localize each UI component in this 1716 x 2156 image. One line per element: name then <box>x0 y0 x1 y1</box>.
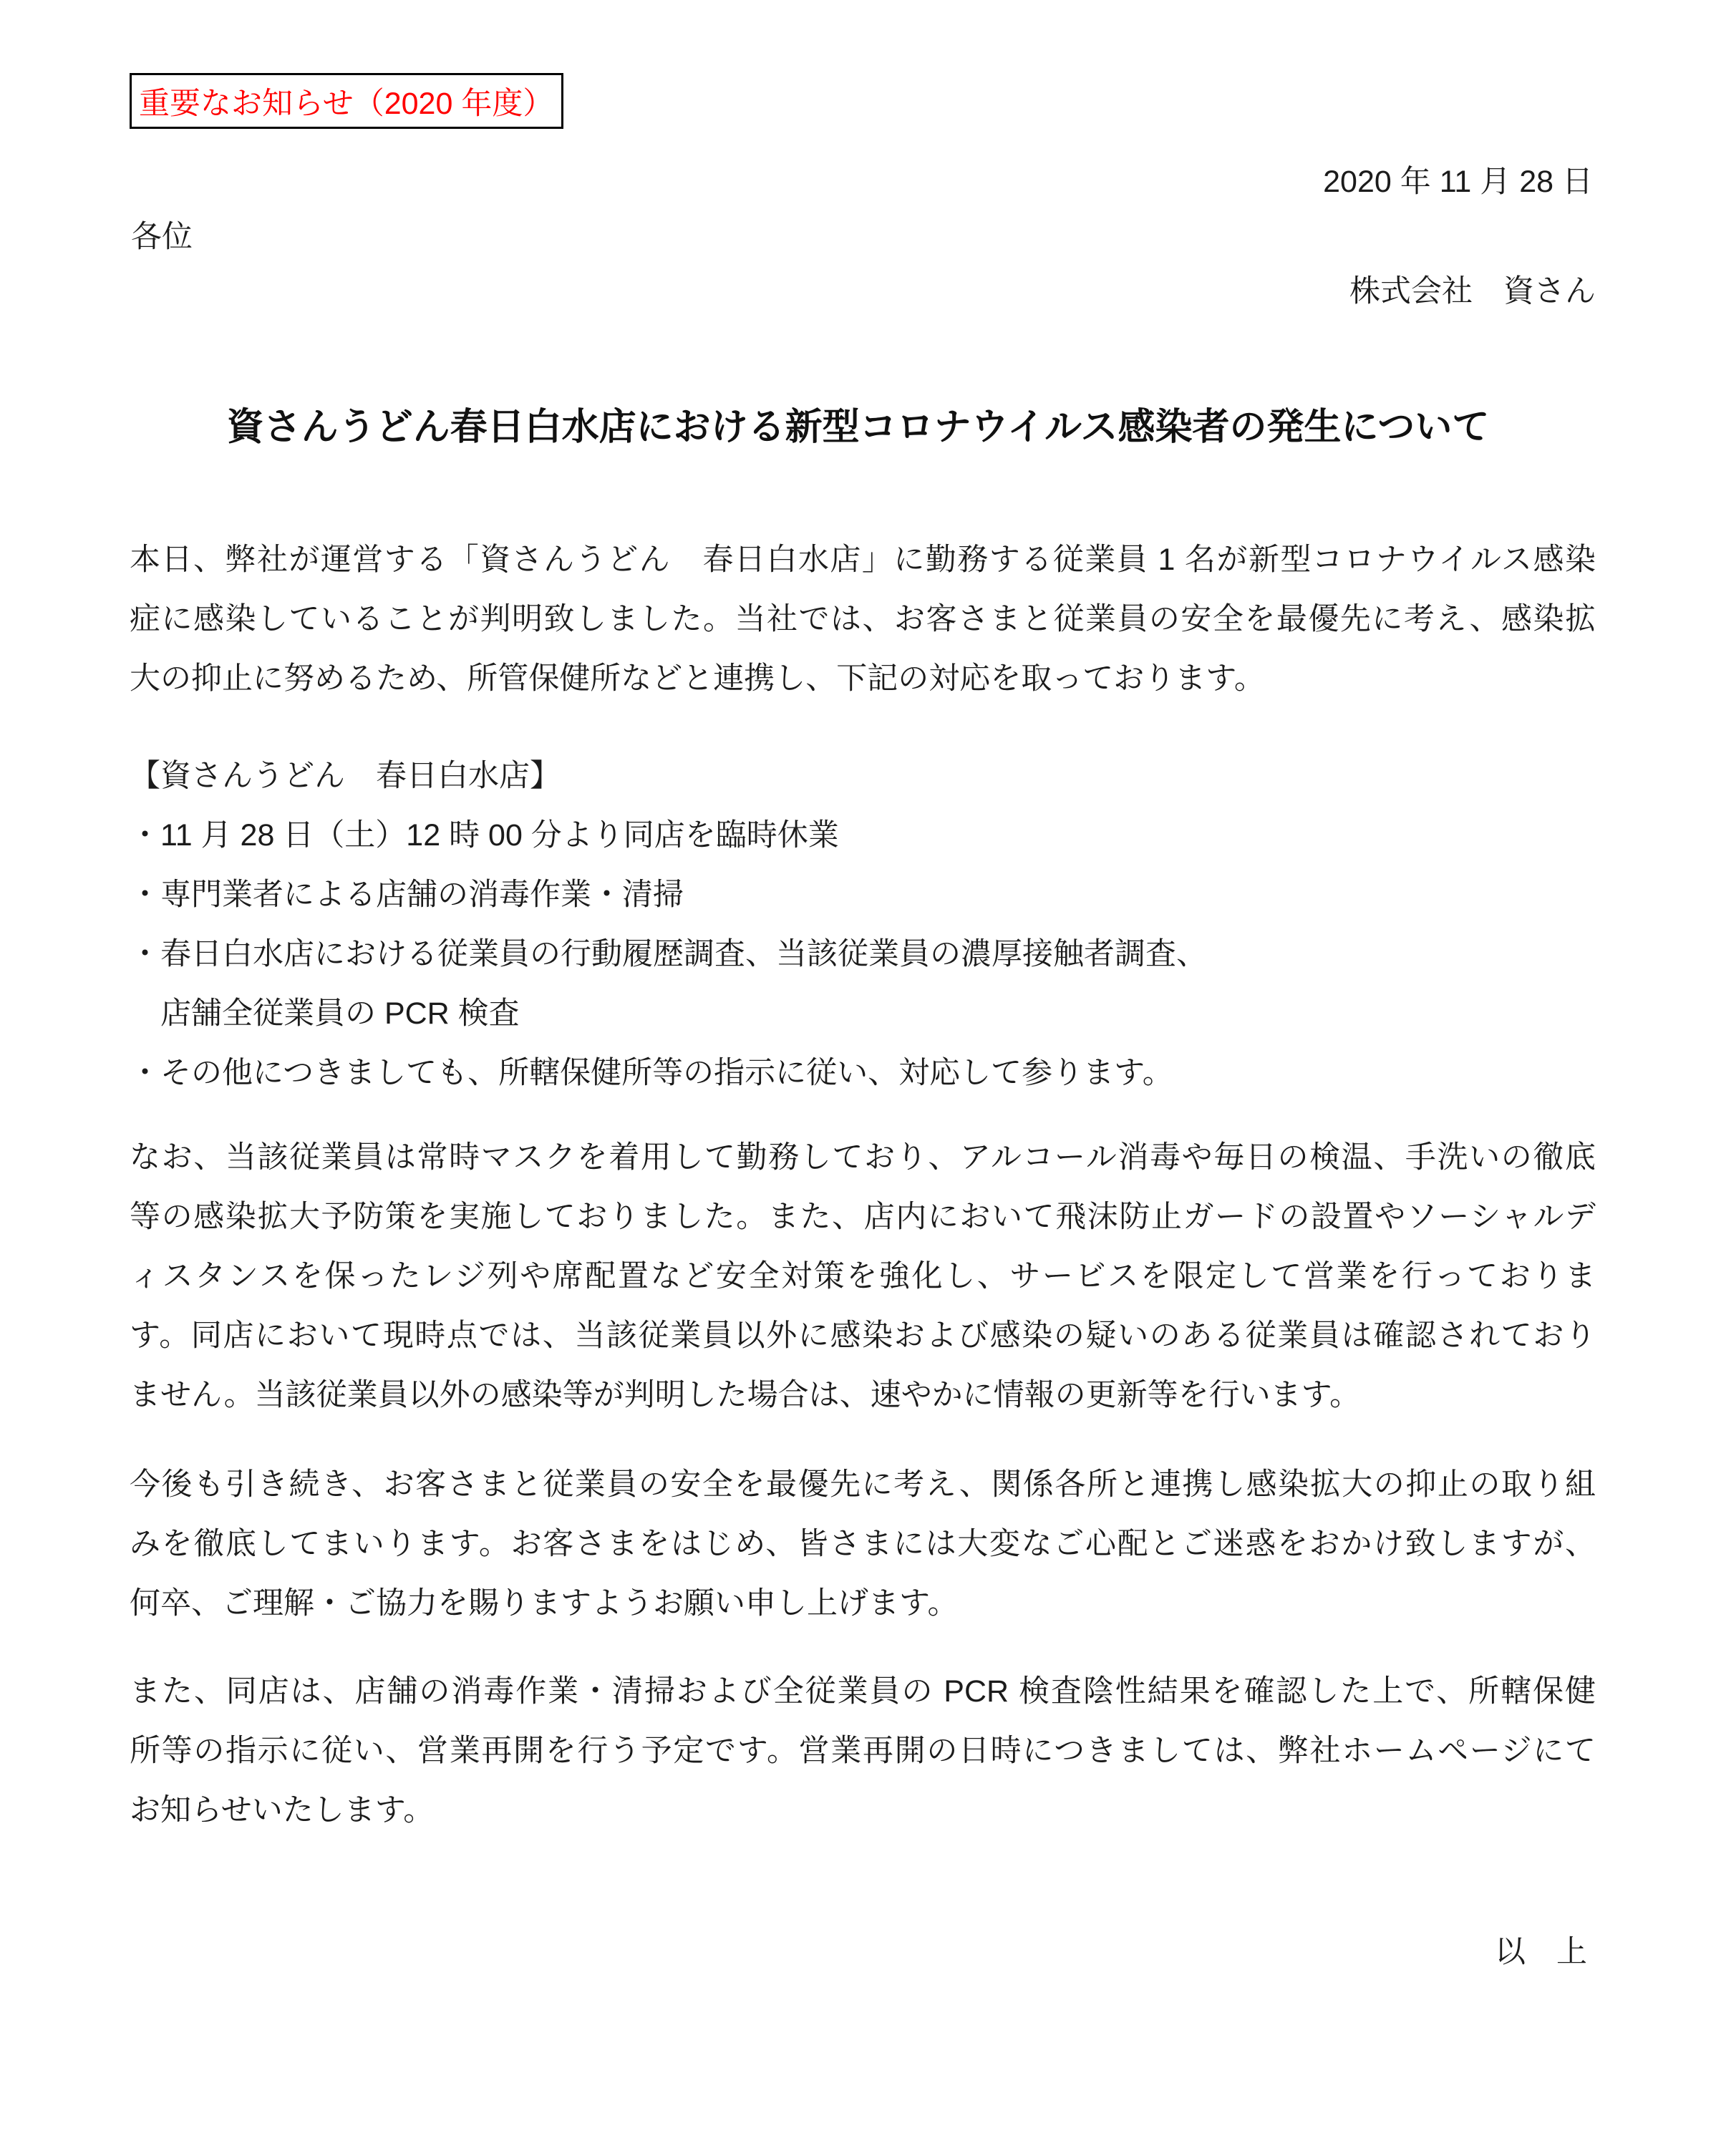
text-line: 大の抑止に努めるため、所管保健所などと連携し、下記の対応を取っております。 <box>130 649 1596 709</box>
sender-company: 株式会社 資さん <box>1349 262 1596 321</box>
text-line: ィスタンスを保ったレジ列や席配置など安全対策を強化し、サービスを限定して営業を行… <box>130 1247 1596 1306</box>
text-line: なお、当該従業員は常時マスクを着用して勤務しており、アルコール消毒や毎日の検温、… <box>130 1128 1596 1188</box>
text-line: 等の感染拡大予防策を実施しておりました。また、店内において飛沫防止ガードの設置や… <box>130 1188 1596 1247</box>
text-line: 何卒、ご理解・ご協力を賜りますようお願い申し上げます。 <box>130 1574 1596 1633</box>
prevention-status-paragraph: なお、当該従業員は常時マスクを着用して勤務しており、アルコール消毒や毎日の検温、… <box>130 1128 1596 1425</box>
document-title: 資さんうどん春日白水店における新型コロナウイルス感染者の発生について <box>0 398 1716 457</box>
text-line: お知らせいたします。 <box>130 1781 1596 1840</box>
text-line: ません。当該従業員以外の感染等が判明した場合は、速やかに情報の更新等を行います。 <box>130 1366 1596 1425</box>
commitment-paragraph: 今後も引き続き、お客さまと従業員の安全を最優先に考え、関係各所と連携し感染拡大の… <box>130 1455 1596 1633</box>
important-notice-banner-text: 重要なお知らせ（2020 年度） <box>139 79 553 123</box>
text-line: 店舗全従業員の PCR 検査 <box>130 984 1596 1044</box>
text-line: 症に感染していることが判明致しました。当社では、お客さまと従業員の安全を最優先に… <box>130 590 1596 649</box>
text-line: ・春日白水店における従業員の行動履歴調査、当該従業員の濃厚接触者調査、 <box>130 925 1596 984</box>
text-line: ・11 月 28 日（土）12 時 00 分より同店を臨時休業 <box>130 806 1596 865</box>
text-line: 所等の指示に従い、営業再開を行う予定です。営業再開の日時につきましては、弊社ホー… <box>130 1722 1596 1781</box>
document-date: 2020 年 11 月 28 日 <box>1323 152 1593 212</box>
text-line: また、同店は、店舗の消毒作業・清掃および全従業員の PCR 検査陰性結果を確認し… <box>130 1662 1596 1722</box>
text-line: みを徹底してまいります。お客さまをはじめ、皆さまには大変なご心配とご迷惑をおかけ… <box>130 1515 1596 1574</box>
measures-list: ・11 月 28 日（土）12 時 00 分より同店を臨時休業・専門業者による店… <box>130 806 1596 1103</box>
text-line: ・その他につきましても、所轄保健所等の指示に従い、対応して参ります。 <box>130 1044 1596 1103</box>
notice-document-page: 重要なお知らせ（2020 年度） 2020 年 11 月 28 日 各位 株式会… <box>0 0 1716 2156</box>
recipient-label: 各位 <box>131 208 193 267</box>
closing-text: 以 上 <box>1495 1923 1587 1982</box>
store-section: 【資さんうどん 春日白水店】 ・11 月 28 日（土）12 時 00 分より同… <box>130 747 1596 1103</box>
important-notice-banner: 重要なお知らせ（2020 年度） <box>130 73 563 129</box>
text-line: 今後も引き続き、お客さまと従業員の安全を最優先に考え、関係各所と連携し感染拡大の… <box>130 1455 1596 1515</box>
text-line: 本日、弊社が運営する「資さんうどん 春日白水店」に勤務する従業員 1 名が新型コ… <box>130 530 1596 590</box>
text-line: す。同店において現時点では、当該従業員以外に感染および感染の疑いのある従業員は確… <box>130 1306 1596 1366</box>
text-line: ・専門業者による店舗の消毒作業・清掃 <box>130 865 1596 925</box>
store-section-heading: 【資さんうどん 春日白水店】 <box>130 747 1596 806</box>
reopening-paragraph: また、同店は、店舗の消毒作業・清掃および全従業員の PCR 検査陰性結果を確認し… <box>130 1662 1596 1840</box>
intro-paragraph: 本日、弊社が運営する「資さんうどん 春日白水店」に勤務する従業員 1 名が新型コ… <box>130 530 1596 709</box>
